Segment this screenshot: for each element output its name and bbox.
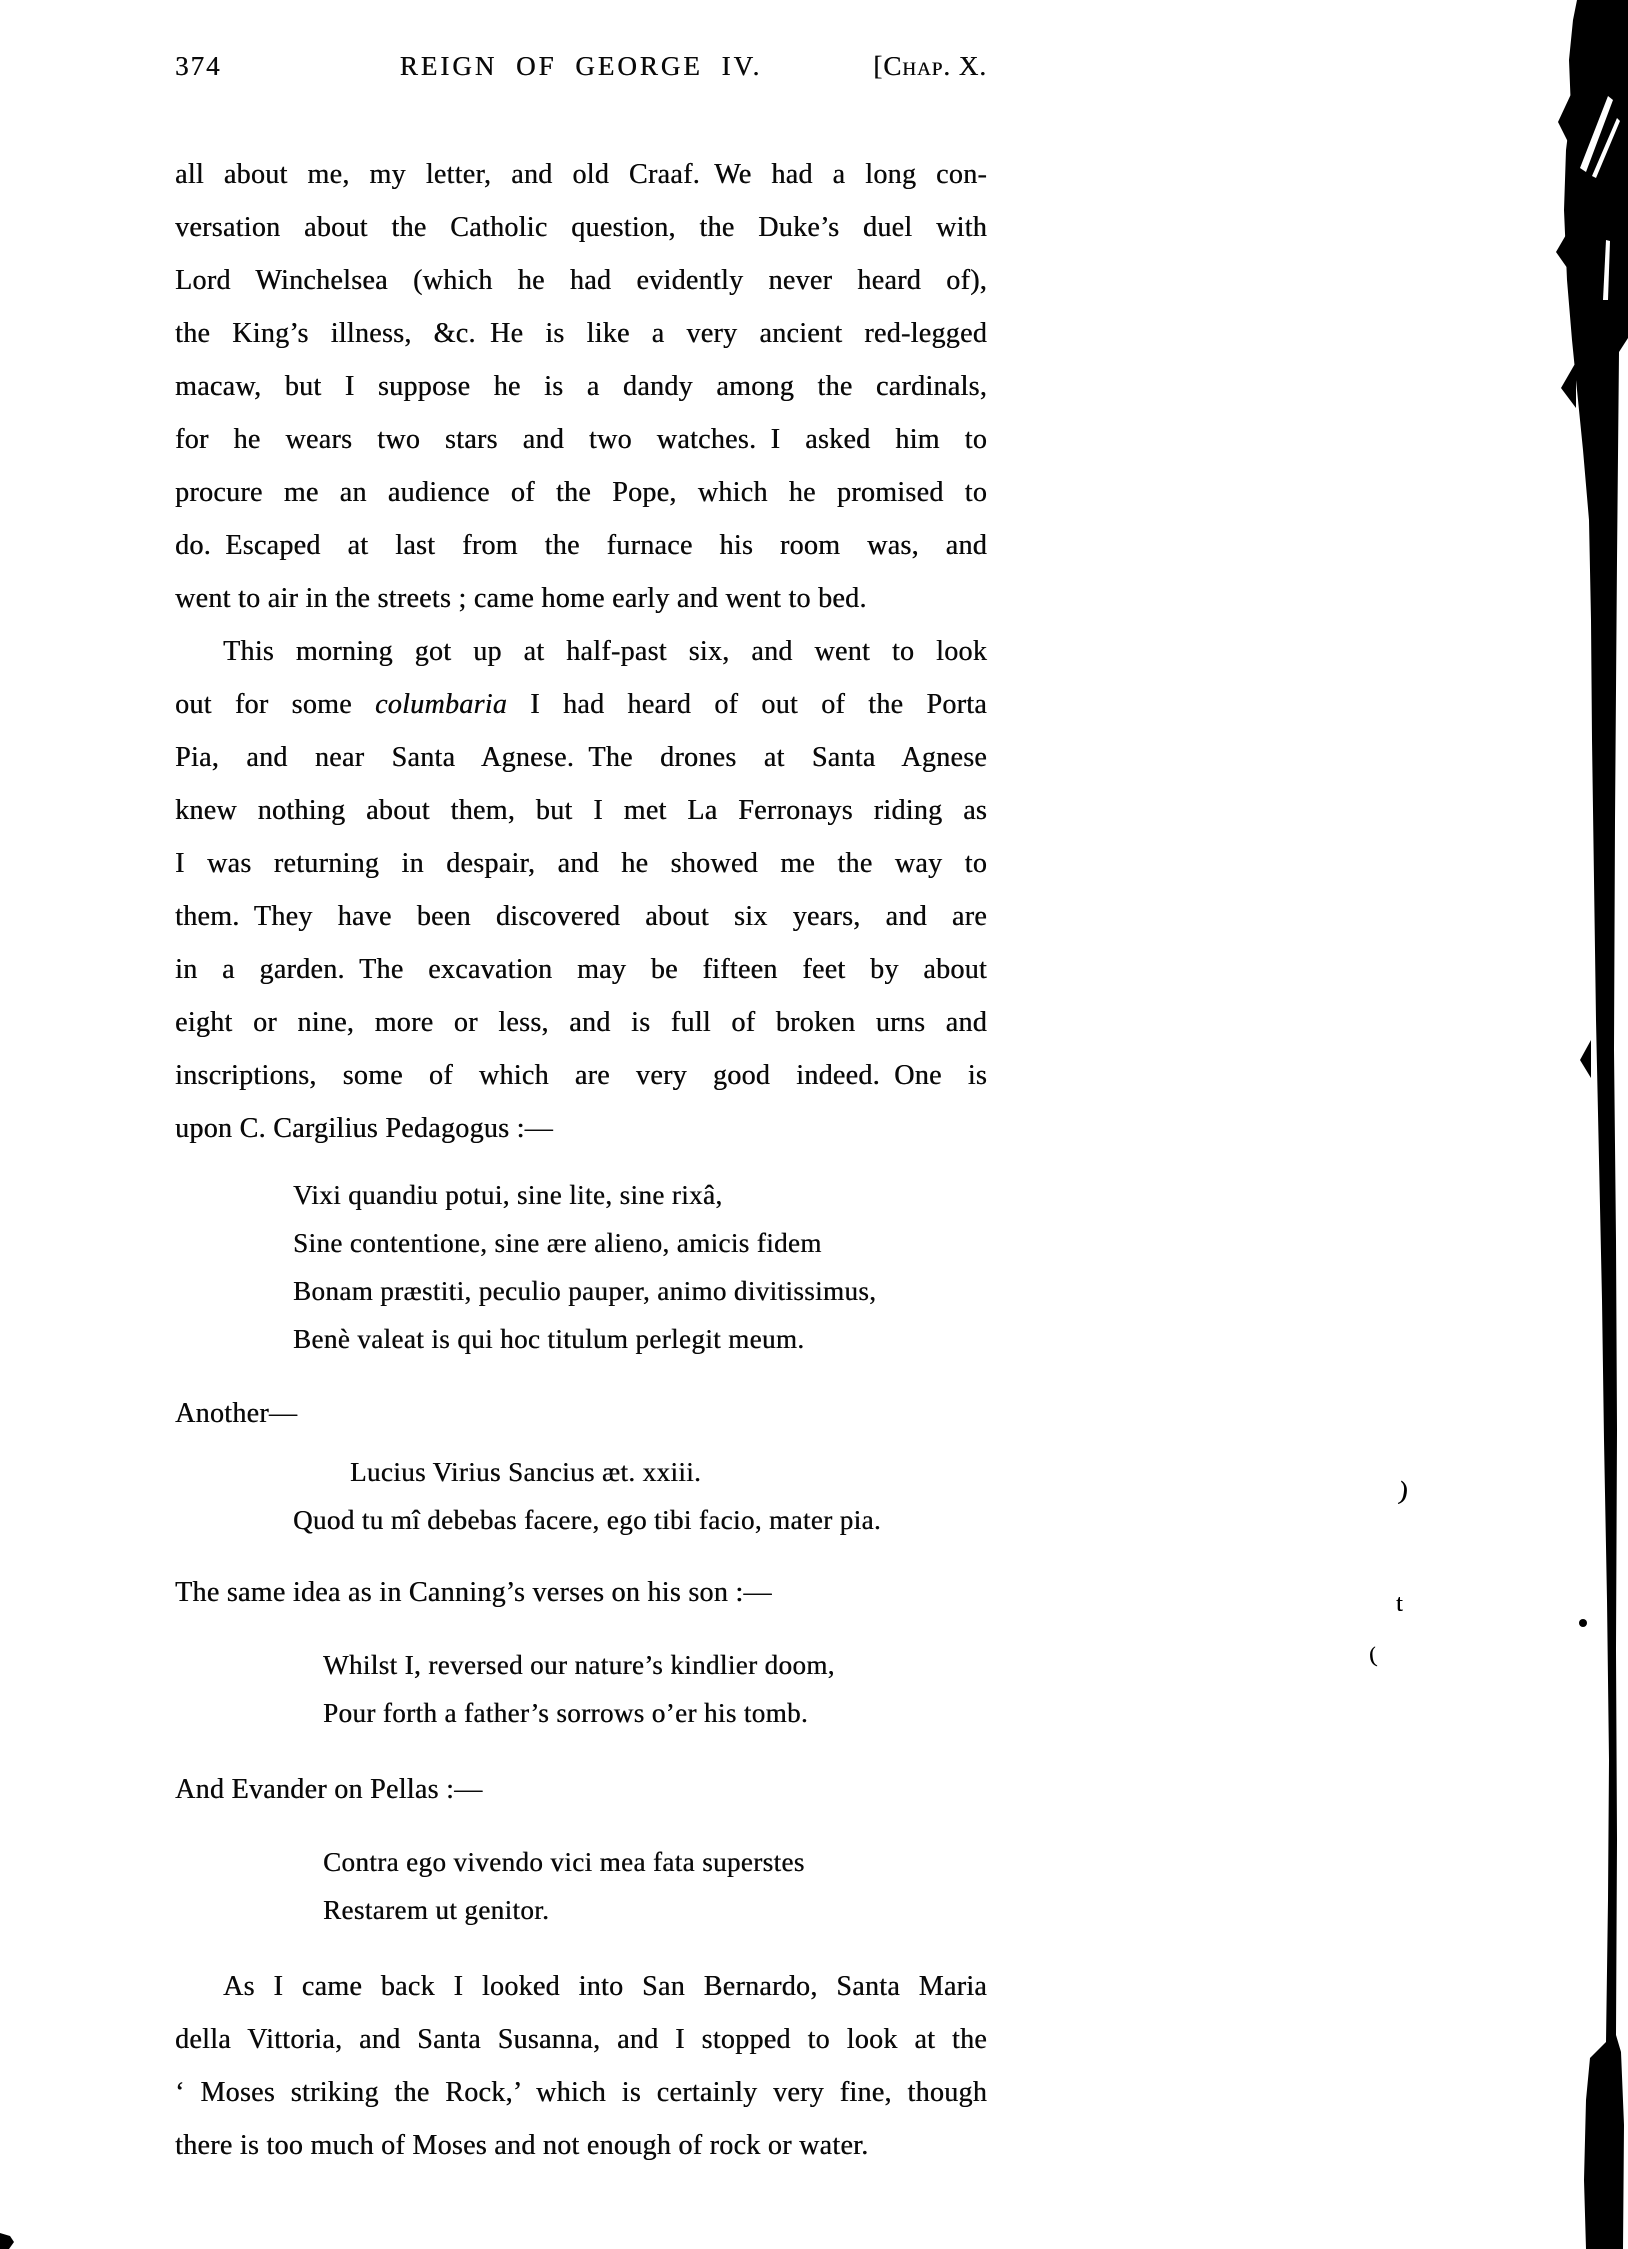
text-line: Vixi quandiu potui, sine lite, sine rixâ… xyxy=(293,1171,987,1219)
text-line: macaw, but I suppose he is a dandy among… xyxy=(175,360,987,413)
text-line: ‘ Moses striking the Rock,’ which is cer… xyxy=(175,2066,987,2119)
text-line: Lord Winchelsea (which he had evidently … xyxy=(175,254,987,307)
text-line: inscriptions, some of which are very goo… xyxy=(175,1049,987,1102)
paragraph: This morning got up at half-past six, an… xyxy=(175,625,987,1155)
page-header: 374 REIGN OF GEORGE IV. [Chap. X. xyxy=(175,46,987,86)
text-line: Contra ego vivendo vici mea fata superst… xyxy=(323,1838,987,1886)
paragraph: As I came back I looked into San Bernard… xyxy=(175,1960,987,2172)
text-line: all about me, my letter, and old Craaf. … xyxy=(175,148,987,201)
verse-block: Lucius Virius Sancius æt. xxiii.Quod tu … xyxy=(293,1448,987,1544)
paragraph: Another— xyxy=(175,1387,987,1440)
text-line: This morning got up at half-past six, an… xyxy=(175,625,987,678)
text-line: in a garden. The excavation may be fifte… xyxy=(175,943,987,996)
chapter-label: [Chap. X. xyxy=(873,46,987,86)
text-line: Restarem ut genitor. xyxy=(323,1886,987,1934)
text-line: As I came back I looked into San Bernard… xyxy=(175,1960,987,2013)
text-column: 374 REIGN OF GEORGE IV. [Chap. X. all ab… xyxy=(175,46,987,2172)
text-line: Pia, and near Santa Agnese. The drones a… xyxy=(175,731,987,784)
text-line: upon C. Cargilius Pedagogus :— xyxy=(175,1102,987,1155)
text-line: knew nothing about them, but I met La Fe… xyxy=(175,784,987,837)
text-line: eight or nine, more or less, and is full… xyxy=(175,996,987,1049)
running-title: REIGN OF GEORGE IV. xyxy=(175,46,987,86)
text-line: I was returning in despair, and he showe… xyxy=(175,837,987,890)
stray-mark: t xyxy=(1396,1592,1403,1616)
text-line: Quod tu mî debebas facere, ego tibi faci… xyxy=(293,1496,987,1544)
text-line: Sine contentione, sine ære alieno, amici… xyxy=(293,1219,987,1267)
text-line: Benè valeat is qui hoc titulum perlegit … xyxy=(293,1315,987,1363)
text-line: do. Escaped at last from the furnace his… xyxy=(175,519,987,572)
paragraph: all about me, my letter, and old Craaf. … xyxy=(175,148,987,625)
text-line: out for some columbaria I had heard of o… xyxy=(175,678,987,731)
text-line: Pour forth a father’s sorrows o’er his t… xyxy=(323,1689,987,1737)
text-segment: out for some xyxy=(175,689,375,720)
paragraph: The same idea as in Canning’s verses on … xyxy=(175,1566,987,1619)
verse-block: Contra ego vivendo vici mea fata superst… xyxy=(323,1838,987,1934)
paragraph: And Evander on Pellas :— xyxy=(175,1763,987,1816)
text-line: there is too much of Moses and not enoug… xyxy=(175,2119,987,2172)
text-line: And Evander on Pellas :— xyxy=(175,1763,987,1816)
text-line: Bonam præstiti, peculio pauper, animo di… xyxy=(293,1267,987,1315)
verse-block: Vixi quandiu potui, sine lite, sine rixâ… xyxy=(293,1171,987,1363)
text-segment: I had heard of out of the Porta xyxy=(507,689,987,720)
book-page: 374 REIGN OF GEORGE IV. [Chap. X. all ab… xyxy=(0,0,1628,2249)
text-line: procure me an audience of the Pope, whic… xyxy=(175,466,987,519)
text-line: Another— xyxy=(175,1387,987,1440)
text-line: for he wears two stars and two watches. … xyxy=(175,413,987,466)
page-number: 374 xyxy=(175,46,222,86)
text-line: went to air in the streets ; came home e… xyxy=(175,572,987,625)
text-line: The same idea as in Canning’s verses on … xyxy=(175,1566,987,1619)
text-line: Whilst I, reversed our nature’s kindlier… xyxy=(323,1641,987,1689)
stray-mark: ( xyxy=(1368,1644,1378,1667)
text-line: them. They have been discovered about si… xyxy=(175,890,987,943)
text-line: the King’s illness, &c. He is like a ver… xyxy=(175,307,987,360)
body-text: all about me, my letter, and old Craaf. … xyxy=(175,148,987,2172)
text-line: Lucius Virius Sancius æt. xxiii. xyxy=(350,1448,987,1496)
text-line: della Vittoria, and Santa Susanna, and I… xyxy=(175,2013,987,2066)
verse-block: Whilst I, reversed our nature’s kindlier… xyxy=(323,1641,987,1737)
italic-text: columbaria xyxy=(375,689,507,720)
text-line: versation about the Catholic question, t… xyxy=(175,201,987,254)
stray-mark: ) xyxy=(1397,1478,1409,1505)
